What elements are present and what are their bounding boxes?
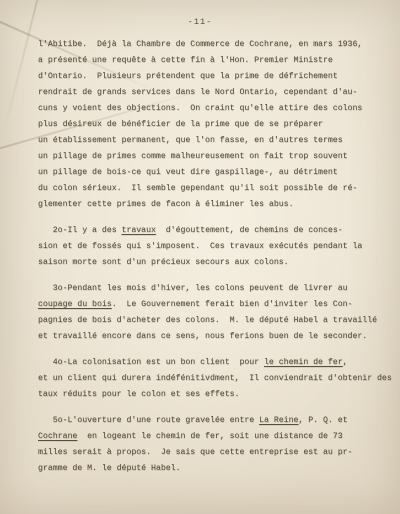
text-line: rendrait de grands services dans le Nord… bbox=[38, 85, 400, 101]
text-line: gramme de M. le député Habel. bbox=[38, 461, 400, 477]
text-segment: 2o-Il y a des bbox=[38, 226, 122, 235]
text-segment: cuns y voient des objections. On craint … bbox=[38, 104, 362, 113]
text-segment: en logeant le chemin de fer, soit une di… bbox=[77, 432, 342, 441]
text-line: Cochrane en logeant le chemin de fer, so… bbox=[38, 429, 400, 445]
text-line: cuns y voient des objections. On craint … bbox=[38, 101, 400, 117]
paragraph: 2o-Il y a des travaux d'égouttement, de … bbox=[38, 223, 400, 271]
underlined-text: coupage du bois bbox=[38, 300, 112, 309]
paragraph: l'Abitibe. Déjà la Chambre de Commerce d… bbox=[38, 37, 400, 213]
text-line: 4o-La colonisation est un bon client pou… bbox=[38, 355, 400, 371]
text-segment: , P. Q. et bbox=[298, 416, 347, 425]
underlined-text: le chemin de fer bbox=[264, 358, 343, 367]
text-segment: taux réduits pour le colon et ses effets… bbox=[38, 390, 239, 399]
paragraph: 3o-Pendant les mois d'hiver, les colons … bbox=[38, 281, 400, 345]
text-line: milles serait à propos. Je sais que cett… bbox=[38, 445, 400, 461]
page-number: -11- bbox=[0, 17, 400, 27]
document-page: -11- l'Abitibe. Déjà la Chambre de Comme… bbox=[0, 0, 400, 514]
text-segment: gramme de M. le député Habel. bbox=[38, 464, 181, 473]
underlined-text: Cochrane bbox=[38, 432, 77, 441]
text-segment: 5o-L'ouverture d'une route gravelée entr… bbox=[38, 416, 259, 425]
text-segment: saison morte sont d'un précieux secours … bbox=[38, 258, 289, 267]
document-body: l'Abitibe. Déjà la Chambre de Commerce d… bbox=[0, 37, 400, 477]
text-segment: du colon sérieux. Il semble gependant qu… bbox=[38, 184, 357, 193]
text-line: pagnies de bois d'acheter des colons. M.… bbox=[38, 313, 400, 329]
text-segment: , bbox=[343, 358, 348, 367]
text-line: un pillage de bois-ce qui veut dire gasp… bbox=[38, 165, 400, 181]
text-segment: un pillage de primes comme malheureuseme… bbox=[38, 152, 348, 161]
text-line: l'Abitibe. Déjà la Chambre de Commerce d… bbox=[38, 37, 400, 53]
underlined-text: La Reine bbox=[259, 416, 298, 425]
text-segment: un pillage de bois-ce qui veut dire gasp… bbox=[38, 168, 338, 177]
text-line: un pillage de primes comme malheureuseme… bbox=[38, 149, 400, 165]
text-segment: . Le Gouvernement ferait bien d'inviter … bbox=[112, 300, 353, 309]
text-line: sion et de fossés qui s'imposent. Ces tr… bbox=[38, 239, 400, 255]
text-line: glementer cette primes de facon à élimin… bbox=[38, 197, 400, 213]
text-segment: plus désireux de bénéficier de la prime … bbox=[38, 120, 323, 129]
text-line: d'Ontario. Plusieurs prétendent que la p… bbox=[38, 69, 400, 85]
text-line: taux réduits pour le colon et ses effets… bbox=[38, 387, 400, 403]
text-line: et un client qui durera indéfénitivdment… bbox=[38, 371, 400, 387]
text-segment: l'Abitibe. Déjà la Chambre de Commerce d… bbox=[38, 40, 362, 49]
text-line: plus désireux de bénéficier de la prime … bbox=[38, 117, 400, 133]
text-line: 3o-Pendant les mois d'hiver, les colons … bbox=[38, 281, 400, 297]
text-segment: un établissement permanent, que l'on fas… bbox=[38, 136, 343, 145]
text-segment: et un client qui durera indéfénitivdment… bbox=[38, 374, 392, 383]
text-segment: sion et de fossés qui s'imposent. Ces tr… bbox=[38, 242, 362, 251]
text-segment: glementer cette primes de facon à élimin… bbox=[38, 200, 294, 209]
text-segment: a présenté une requête à cette fin à l'H… bbox=[38, 56, 333, 65]
text-line: a présenté une requête à cette fin à l'H… bbox=[38, 53, 400, 69]
text-line: saison morte sont d'un précieux secours … bbox=[38, 255, 400, 271]
text-segment: et travaillé encore dans ce sens, nous f… bbox=[38, 332, 367, 341]
text-segment: 4o-La colonisation est un bon client pou… bbox=[38, 358, 264, 367]
text-line: 2o-Il y a des travaux d'égouttement, de … bbox=[38, 223, 400, 239]
text-line: 5o-L'ouverture d'une route gravelée entr… bbox=[38, 413, 400, 429]
text-segment: pagnies de bois d'acheter des colons. M.… bbox=[38, 316, 377, 325]
text-segment: d'Ontario. Plusieurs prétendent que la p… bbox=[38, 72, 338, 81]
paragraph: 5o-L'ouverture d'une route gravelée entr… bbox=[38, 413, 400, 477]
paragraph: 4o-La colonisation est un bon client pou… bbox=[38, 355, 400, 403]
text-segment: d'égouttement, de chemins de conces- bbox=[156, 226, 343, 235]
text-segment: milles serait à propos. Je sais que cett… bbox=[38, 448, 352, 457]
text-line: du colon sérieux. Il semble gependant qu… bbox=[38, 181, 400, 197]
text-segment: rendrait de grands services dans le Nord… bbox=[38, 88, 357, 97]
underlined-text: travaux bbox=[122, 226, 156, 235]
text-line: et travaillé encore dans ce sens, nous f… bbox=[38, 329, 400, 345]
text-line: coupage du bois. Le Gouvernement ferait … bbox=[38, 297, 400, 313]
text-line: un établissement permanent, que l'on fas… bbox=[38, 133, 400, 149]
text-segment: 3o-Pendant les mois d'hiver, les colons … bbox=[38, 284, 348, 293]
